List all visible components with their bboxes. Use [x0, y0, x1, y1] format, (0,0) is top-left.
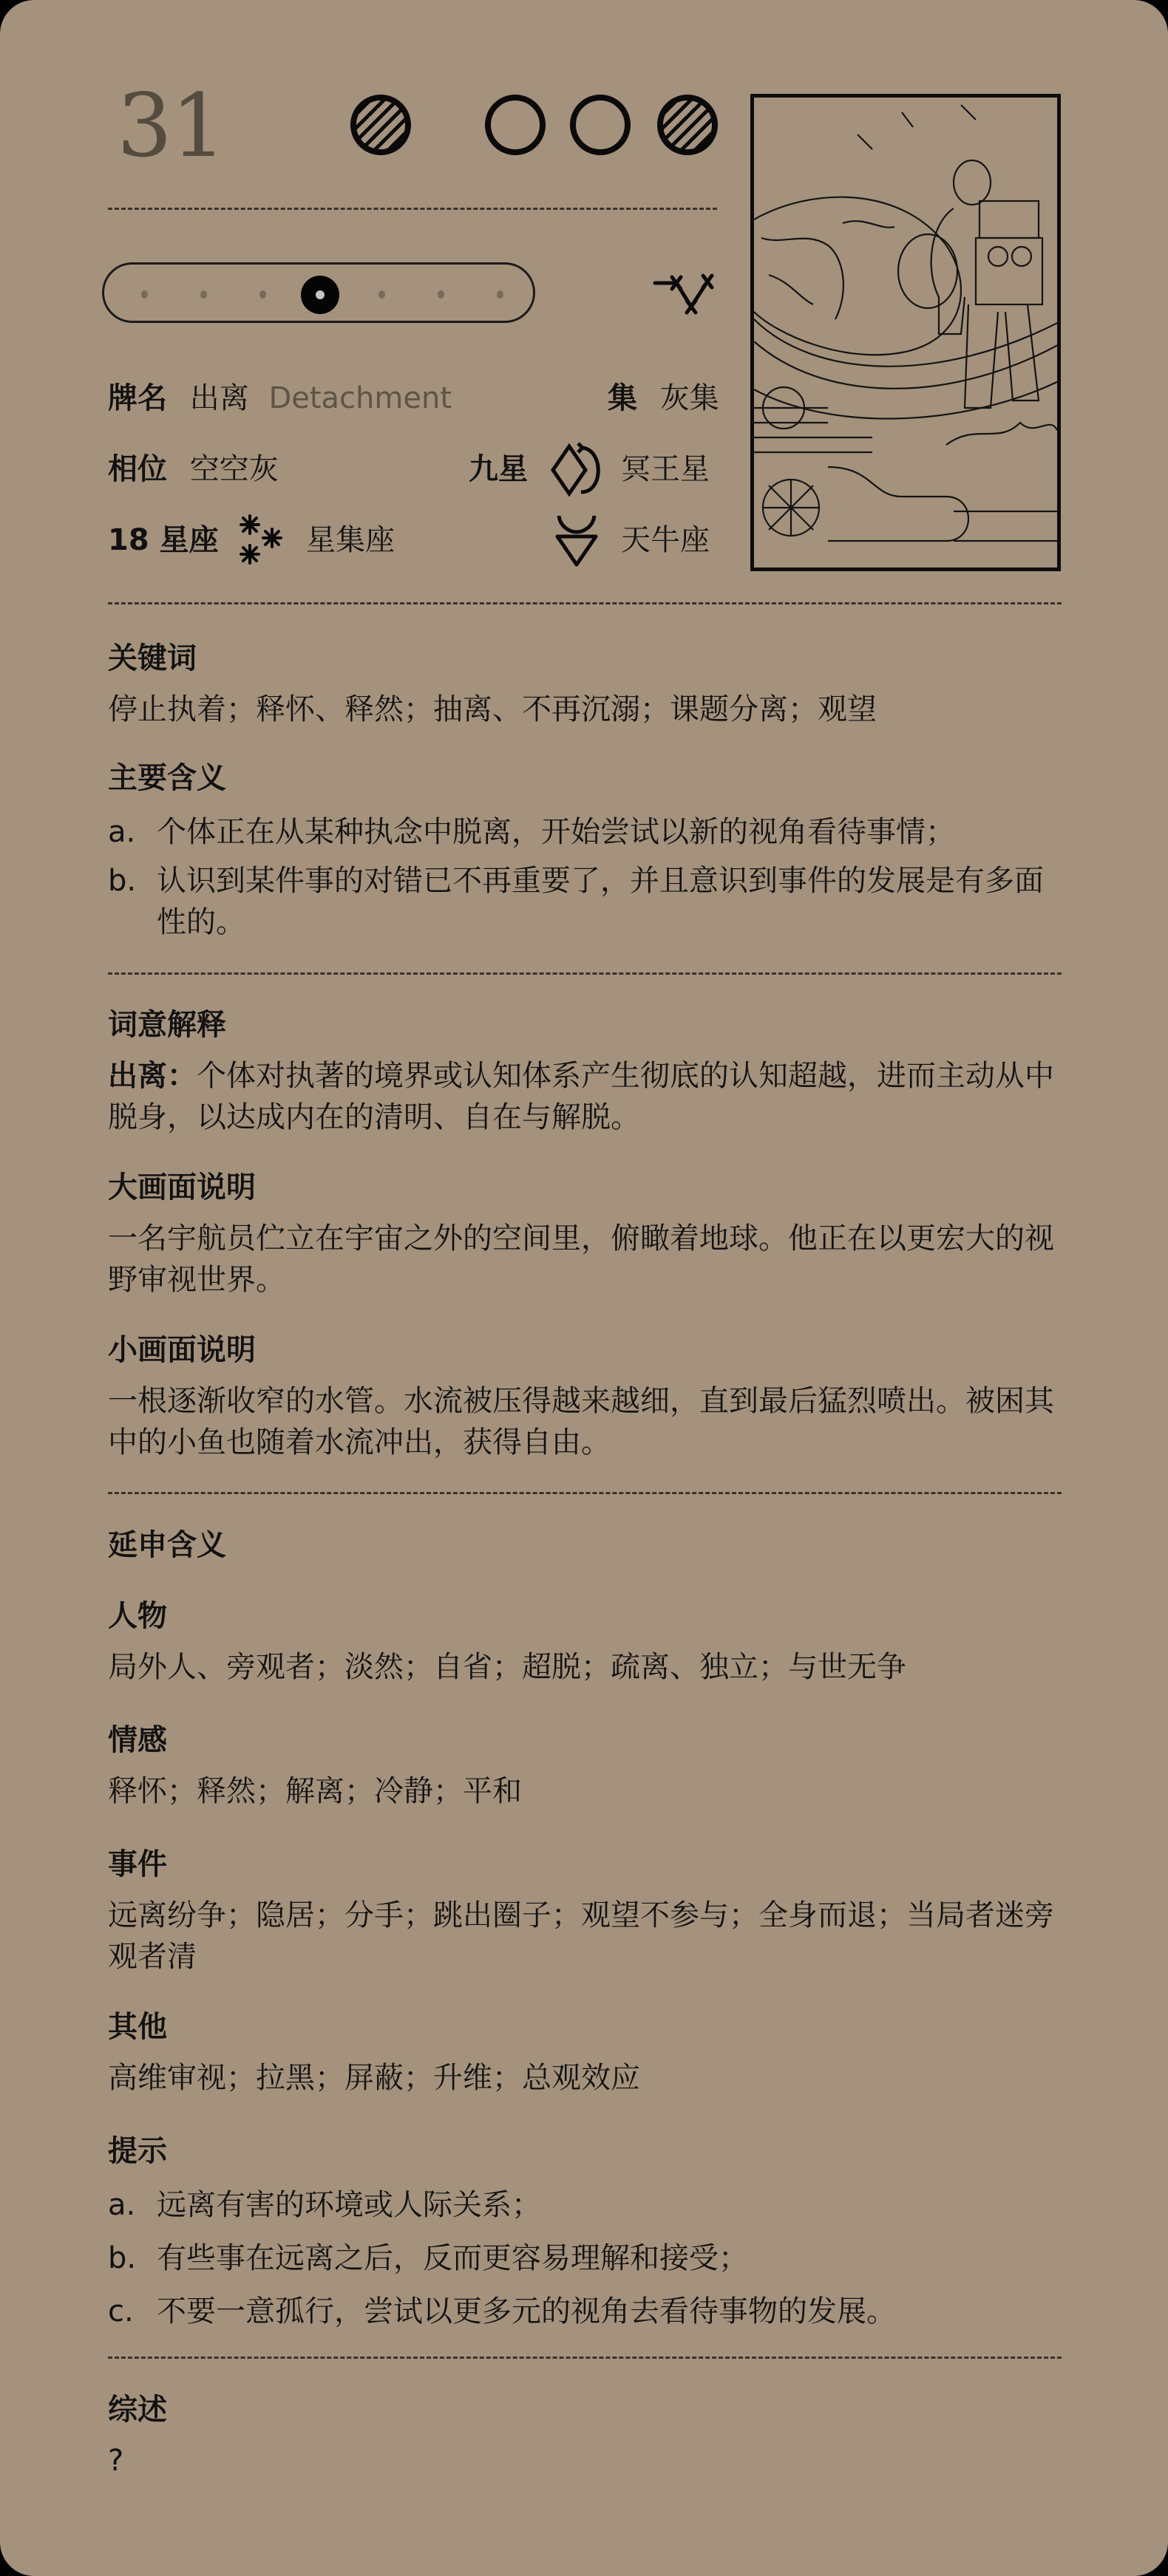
list-item: a. 远离有害的环境或人际关系； [108, 2184, 1062, 2226]
astronaut-earth-illustration [754, 98, 1057, 568]
list-text: 有些事在远离之后，反而更容易理解和接受； [157, 2238, 748, 2279]
emotion-subsection: 情感 释怀；释然；解离；冷静；平和 [108, 1720, 1062, 1812]
slider-dot[interactable] [438, 290, 444, 299]
zodiac-value: 天牛座 [621, 522, 710, 559]
position-slider[interactable] [102, 262, 535, 323]
card-name-row: 牌名 出离 Detachment [108, 380, 452, 417]
section-title: 延申含义 [108, 1525, 1062, 1565]
subsection-title: 情感 [108, 1720, 1062, 1760]
subsection-title: 其他 [108, 2007, 1062, 2047]
set-label: 集 [608, 381, 637, 415]
name-label: 牌名 [108, 381, 167, 415]
keywords-section: 关键词 停止执着；释怀、释然；抽离、不再沉溺；课题分离；观望 [108, 638, 1062, 730]
people-text: 局外人、旁观者；淡然；自省；超脱；疏离、独立；与世无争 [108, 1646, 1062, 1688]
list-marker: a. [108, 811, 157, 853]
planet-label: 九星 [469, 452, 528, 486]
term: 出离： [108, 1059, 197, 1093]
event-text: 远离纷争；隐居；分手；跳出圈子；观望不参与；全身而退；当局者迷旁观者清 [108, 1895, 1062, 1977]
subsection-title: 人物 [108, 1596, 1062, 1636]
phase-hatched-icon [350, 95, 411, 155]
main-meaning-section: 主要含义 a. 个体正在从某种执念中脱离，开始尝试以新的视角看待事情； b. 认… [108, 758, 1062, 943]
aspect-label: 相位 [108, 452, 167, 486]
big-picture-section: 大画面说明 一名宇航员伫立在宇宙之外的空间里，俯瞰着地球。他正在以更宏大的视野审… [108, 1168, 1062, 1301]
small-picture-section: 小画面说明 一根逐渐收窄的水管。水流被压得越来越细，直到最后猛烈喷出。被困其中的… [108, 1330, 1062, 1463]
summary-text: ? [108, 2440, 1062, 2481]
list-text: 不要一意孤行，尝试以更多元的视角去看待事物的发展。 [157, 2291, 896, 2332]
slider-dot[interactable] [497, 290, 503, 299]
pluto-diamond-icon [546, 440, 608, 502]
constellation-row: 18 星座 [108, 522, 219, 559]
big-picture-text: 一名宇航员伫立在宇宙之外的空间里，俯瞰着地球。他正在以更宏大的视野审视世界。 [108, 1218, 1062, 1301]
keywords-text: 停止执着；释怀、释然；抽离、不再沉溺；课题分离；观望 [108, 689, 1062, 730]
list-text: 个体正在从某种执念中脱离，开始尝试以新的视角看待事情； [157, 811, 955, 853]
card-illustration [750, 94, 1061, 571]
section-title: 小画面说明 [108, 1330, 1062, 1370]
word-meaning-section: 词意解释 出离：个体对执著的境界或认知体系产生彻底的认知超越，进而主动从中脱身，… [108, 1005, 1062, 1138]
definition: 个体对执著的境界或认知体系产生彻底的认知超越，进而主动从中脱身，以达成内在的清明… [108, 1059, 1054, 1134]
event-subsection: 事件 远离纷争；隐居；分手；跳出圈子；观望不参与；全身而退；当局者迷旁观者清 [108, 1844, 1062, 1977]
phase-empty-icon [570, 95, 631, 155]
phase-empty-icon [485, 95, 546, 155]
list-item: b. 有些事在远离之后，反而更容易理解和接受； [108, 2238, 1062, 2279]
slider-dot[interactable] [200, 290, 207, 299]
small-picture-text: 一根逐渐收窄的水管。水流被压得越来越细，直到最后猛烈喷出。被困其中的小鱼也随着水… [108, 1380, 1062, 1463]
list-marker: b. [108, 860, 157, 943]
people-subsection: 人物 局外人、旁观者；淡然；自省；超脱；疏离、独立；与世无争 [108, 1596, 1062, 1688]
planet-row: 九星 [469, 451, 528, 488]
phase-hatched-icon [657, 95, 718, 155]
subsection-title: 提示 [108, 2131, 1062, 2171]
list-text: 认识到某件事的对错已不再重要了，并且意识到事件的发展是有多面性的。 [157, 860, 1062, 943]
section-title: 主要含义 [108, 758, 1062, 798]
slider-dot[interactable] [259, 290, 266, 299]
section-title: 综述 [108, 2390, 1062, 2430]
other-text: 高维审视；拉黑；屏蔽；升维；总观效应 [108, 2057, 1062, 2099]
other-subsection: 其他 高维审视；拉黑；屏蔽；升维；总观效应 [108, 2007, 1062, 2099]
taurus-triangle-icon [553, 511, 600, 569]
section-title: 词意解释 [108, 1005, 1062, 1045]
list-item: b. 认识到某件事的对错已不再重要了，并且意识到事件的发展是有多面性的。 [108, 860, 1062, 943]
divider [108, 208, 717, 210]
divider [108, 602, 1062, 604]
constellation-value: 星集座 [306, 522, 395, 559]
divider [108, 972, 1062, 975]
list-marker: b. [108, 2238, 157, 2279]
slider-dot[interactable] [378, 290, 385, 299]
tarot-card-detail: 31 牌名 出离 Detachment 集 灰集 相位 空空灰 九星 [0, 0, 1168, 2576]
list-item: c. 不要一意孤行，尝试以更多元的视角去看待事物的发展。 [108, 2291, 1062, 2332]
extended-section: 延申含义 [108, 1525, 1062, 1565]
constellation-v-icon [651, 270, 721, 317]
constellation-label: 18 星座 [108, 523, 219, 557]
slider-dot[interactable] [141, 290, 148, 299]
section-title: 关键词 [108, 638, 1062, 678]
word-meaning-text: 出离：个体对执著的境界或认知体系产生彻底的认知超越，进而主动从中脱身，以达成内在… [108, 1055, 1062, 1138]
list-item: a. 个体正在从某种执念中脱离，开始尝试以新的视角看待事情； [108, 811, 1062, 853]
name-en: Detachment [268, 381, 452, 415]
section-title: 大画面说明 [108, 1168, 1062, 1207]
divider [108, 2357, 1062, 2359]
card-number: 31 [117, 74, 225, 177]
list-text: 远离有害的环境或人际关系； [157, 2184, 541, 2226]
list-marker: c. [108, 2291, 157, 2332]
divider [108, 1492, 1062, 1494]
tips-subsection: 提示 a. 远离有害的环境或人际关系； b. 有些事在远离之后，反而更容易理解和… [108, 2131, 1062, 2332]
set-value: 灰集 [660, 381, 719, 415]
emotion-text: 释怀；释然；解离；冷静；平和 [108, 1771, 1062, 1812]
list-marker: a. [108, 2184, 157, 2226]
star-cluster-icon [237, 511, 288, 570]
set-row: 集 灰集 [608, 380, 719, 417]
summary-section: 综述 ? [108, 2390, 1062, 2481]
subsection-title: 事件 [108, 1844, 1062, 1884]
planet-value: 冥王星 [621, 451, 710, 488]
name-cn: 出离 [190, 381, 249, 415]
aspect-row: 相位 空空灰 [108, 451, 279, 488]
slider-knob[interactable] [301, 276, 339, 314]
aspect-value: 空空灰 [190, 452, 279, 486]
